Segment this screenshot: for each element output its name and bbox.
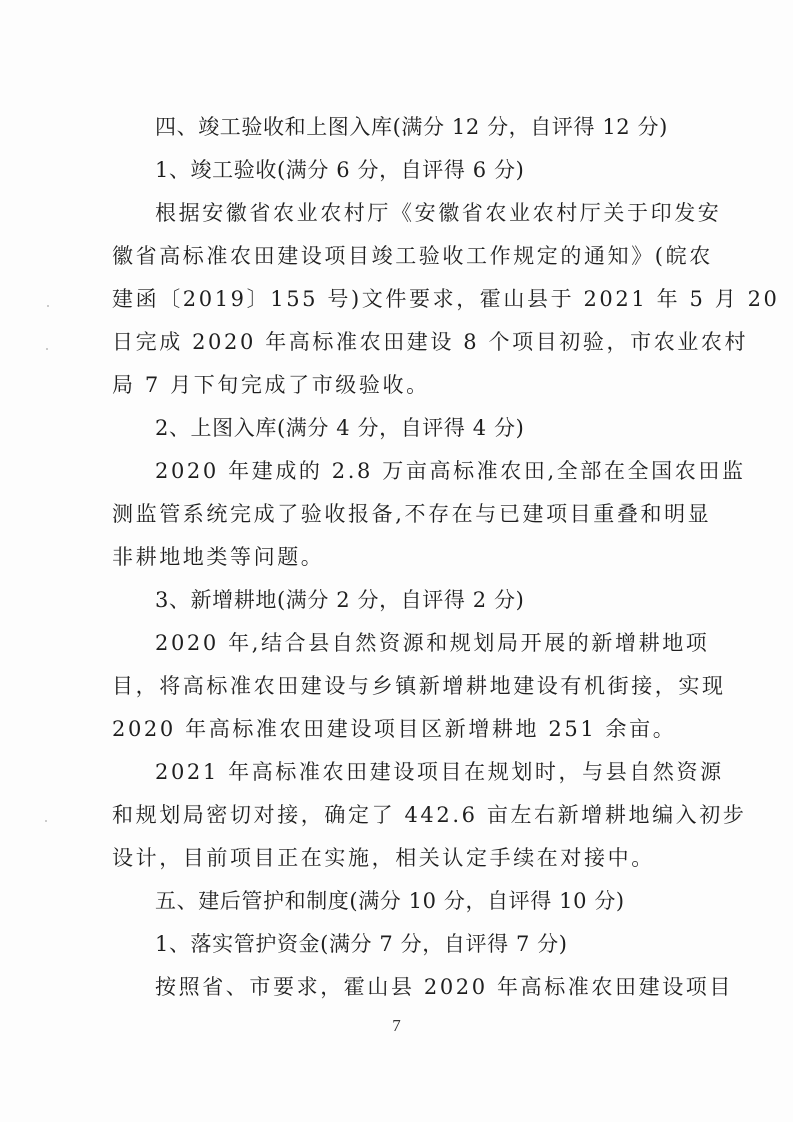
paragraph-line: 2020 年建成的 2.8 万亩高标准农田,全部在全国农田监 xyxy=(155,456,702,486)
subsection-heading-4-2: 2、上图入库(满分 4 分，自评得 4 分) xyxy=(155,413,702,443)
paragraph-line: 局 7 月下旬完成了市级验收。 xyxy=(112,370,702,400)
paragraph-line: 目，将高标准农田建设与乡镇新增耕地建设有机街接，实现 xyxy=(112,671,702,701)
paragraph-line: 徽省高标准农田建设项目竣工验收工作规定的通知》(皖农 xyxy=(112,241,702,271)
paragraph-line: 根据安徽省农业农村厅《安徽省农业农村厅关于印发安 xyxy=(155,198,702,228)
scan-speck xyxy=(47,305,49,307)
paragraph-line: 建函〔2019〕155 号)文件要求，霍山县于 2021 年 5 月 20 xyxy=(112,284,702,314)
paragraph-line: 和规划局密切对接，确定了 442.6 亩左右新增耕地编入初步 xyxy=(112,800,702,830)
page-number: 7 xyxy=(0,1016,793,1036)
section-heading-4: 四、竣工验收和上图入库(满分 12 分，自评得 12 分) xyxy=(155,112,702,142)
document-page: 四、竣工验收和上图入库(满分 12 分，自评得 12 分) 1、竣工验收(满分 … xyxy=(0,0,793,1122)
paragraph-line: 设计，目前项目正在实施，相关认定手续在对接中。 xyxy=(112,843,702,873)
paragraph-line: 按照省、市要求，霍山县 2020 年高标准农田建设项目 xyxy=(155,972,702,1002)
scan-speck xyxy=(45,820,47,822)
paragraph-line: 2020 年,结合县自然资源和规划局开展的新增耕地项 xyxy=(155,628,702,658)
subsection-heading-4-1: 1、竣工验收(满分 6 分，自评得 6 分) xyxy=(155,155,702,185)
paragraph-line: 2020 年高标准农田建设项目区新增耕地 251 余亩。 xyxy=(112,714,702,744)
paragraph-line: 测监管系统完成了验收报备,不存在与已建项目重叠和明显 xyxy=(112,499,702,529)
paragraph-line: 日完成 2020 年高标准农田建设 8 个项目初验，市农业农村 xyxy=(112,327,702,357)
paragraph-line: 非耕地地类等问题。 xyxy=(112,542,702,572)
section-heading-5: 五、建后管护和制度(满分 10 分，自评得 10 分) xyxy=(155,886,702,916)
scan-speck xyxy=(46,348,48,350)
paragraph-line: 2021 年高标准农田建设项目在规划时，与县自然资源 xyxy=(155,757,702,787)
subsection-heading-4-3: 3、新增耕地(满分 2 分，自评得 2 分) xyxy=(155,585,702,615)
subsection-heading-5-1: 1、落实管护资金(满分 7 分，自评得 7 分) xyxy=(155,929,702,959)
